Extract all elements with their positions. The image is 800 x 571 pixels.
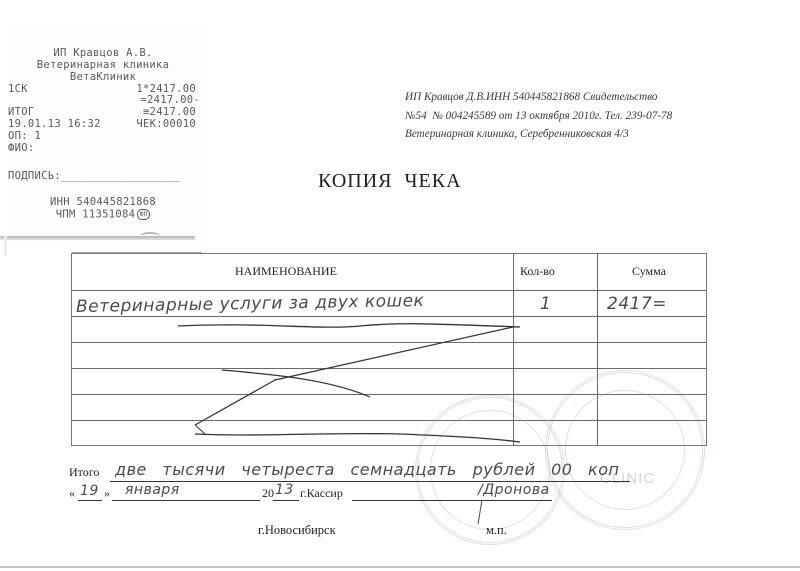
table-row-qty: 1	[540, 294, 551, 314]
receipt-clinic-name: ВетаКлиник	[8, 72, 198, 83]
cashier-signature: /Дронова	[478, 482, 550, 498]
receipt-fio: ФИО:	[8, 143, 35, 154]
cashier-signature-line	[352, 500, 552, 501]
receipt-cpm-value: ЧПМ 11351084	[56, 209, 135, 221]
page-bottom-edge	[0, 566, 800, 568]
fiscal-mark-icon: ФП	[137, 209, 150, 220]
cash-register-receipt: ИП Кравцов А.В. Ветеринарная клиника Вет…	[8, 28, 208, 242]
table-col-divider	[513, 253, 514, 446]
column-header-sum: Сумма	[632, 264, 666, 279]
date-year-suffix: 13	[275, 482, 294, 498]
receipt-tear-edge	[0, 236, 195, 240]
company-info-line-2: №54 № 004245589 от 13 октября 2010г. Тел…	[405, 107, 672, 126]
table-row-divider	[71, 316, 707, 317]
table-row-sum: 2417=	[607, 294, 667, 314]
table-row-divider	[71, 394, 707, 395]
items-table	[71, 253, 707, 446]
receipt-inn: ИНН 540445821868	[8, 197, 198, 208]
receipt-owner: ИП Кравцов А.В.	[8, 48, 198, 59]
date-year-prefix: 20	[262, 486, 274, 501]
receipt-shadow-edge	[4, 236, 7, 256]
receipt-total-value: ≡2417.00	[143, 107, 196, 118]
company-info-line-1: ИП Кравцов Д.В.ИНН 540445821868 Свидетел…	[405, 88, 672, 107]
date-open-quote: «	[69, 486, 75, 501]
receipt-clinic-type: Ветеринарная клиника	[8, 60, 198, 71]
receipt-total-label: ИТОГ	[8, 107, 35, 118]
receipt-operator: ОП: 1	[8, 131, 41, 142]
total-words-line	[110, 481, 630, 482]
receipt-tear-bump	[140, 232, 160, 240]
receipt-line-sum: =2417.00-	[140, 95, 200, 106]
stamp-place: м.п.	[486, 523, 507, 538]
company-info: ИП Кравцов Д.В.ИНН 540445821868 Свидетел…	[405, 88, 672, 144]
company-info-line-3: Ветеринарная клиника, Серебренниковская …	[405, 125, 672, 144]
date-month: января	[125, 482, 180, 498]
table-row-divider	[71, 420, 707, 421]
receipt-datetime: 19.01.13 16:32	[8, 119, 101, 130]
cashier-label: г.Кассир	[300, 486, 343, 501]
column-header-name: НАИМЕНОВАНИЕ	[235, 264, 337, 279]
table-row-divider	[71, 342, 707, 343]
total-words: две тысячи четыреста семнадцать рублей 0…	[115, 460, 619, 479]
date-day: 19	[80, 483, 99, 499]
date-day-line	[78, 500, 102, 501]
table-row-divider	[71, 368, 707, 369]
table-col-divider	[597, 253, 598, 446]
date-month-line	[112, 500, 260, 501]
date-year-line	[273, 500, 299, 501]
column-header-qty: Кол-во	[520, 264, 555, 279]
total-label: Итого	[69, 465, 99, 480]
date-close-quote: »	[104, 486, 110, 501]
receipt-cpm: ЧПМ 11351084ФП	[8, 209, 198, 221]
document-title: КОПИЯ ЧЕКА	[318, 170, 462, 193]
city: г.Новосибирск	[258, 523, 336, 538]
receipt-signature: ПОДПИСЬ:__________________	[8, 171, 180, 182]
receipt-check-no: ЧЕК:00010	[136, 119, 196, 130]
receipt-line-code: 1СК	[8, 84, 28, 95]
